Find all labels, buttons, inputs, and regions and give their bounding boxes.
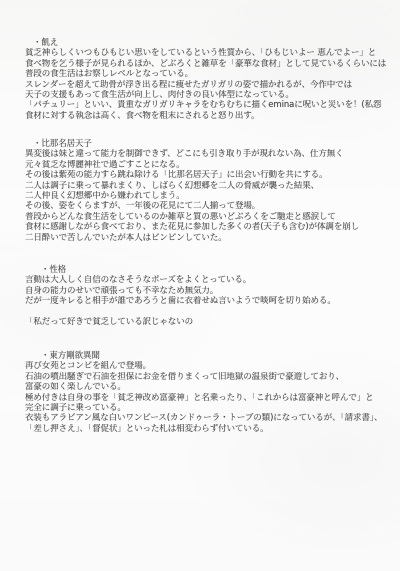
text-line: 再び女苑とコンビを組んで登場。 <box>25 361 382 371</box>
section-heading: ・東方剛欲異聞 <box>41 351 382 361</box>
section: ・比那名居天子異変後は妹と違って能力を制御できず、どこにも引き取り手が現れない為… <box>25 139 359 243</box>
text-line: 完全に調子に乗っている。 <box>25 403 382 413</box>
text-line: 普段の食生活はお察しレベルとなっている。 <box>25 69 386 79</box>
text-line: 「パチュリー」といい、貴重なガリガリキャラをむちむちに描くeminaに呪いと災い… <box>25 100 386 110</box>
section-heading: ・性格 <box>41 265 336 275</box>
text-line: 食材に感謝しながら食べており、また花見に参加した多くの者(天子も含む)が体調を崩… <box>25 222 359 232</box>
section-heading: ・飢え <box>33 38 386 48</box>
text-line: 普段からどんな食生活をしているのか雑草と質の悪いどぶろくをご馳走と感涙して <box>25 212 359 222</box>
text-line: 元々貧乏な博麗神社で過ごすことになる。 <box>25 160 359 170</box>
text-line: 自身の能力のせいで頑張っても不幸なため無気力。 <box>25 286 336 296</box>
text-line: スレンダーを超えて助骨が浮き出る程に痩せたガリガリの姿で描かれるが、今作中では <box>25 80 386 90</box>
text-line: 天子の支援もあって食生活が向上し、肉付きの良い体型になっている。 <box>25 90 386 100</box>
section: ・性格言動は大人しく自信のなさそうなポーズをよくとっている。自身の能力のせいで頑… <box>25 265 336 327</box>
text-line: その後は紫苑の能力すら跳ね除ける「比那名居天子」に出会い行動を共にする。 <box>25 170 359 180</box>
text-line: 二日酔いで苦しんでいたが本人はピンピンしていた。 <box>25 233 359 243</box>
text-line: 言動は大人しく自信のなさそうなポーズをよくとっている。 <box>25 275 336 285</box>
text-line: 「私だって好きで貧乏している訳じゃないの <box>25 317 336 327</box>
text-line: 石油の噴出騒ぎで石油を担保にお金を借りまくって旧地獄の温泉街で豪遊しており、 <box>25 372 382 382</box>
text-line: 食べ物を乞う様子が見られるほか、どぶろくと雑草を「豪華な食材」として見ているくら… <box>25 59 386 69</box>
text-line: 「差し押さえ」、「督促状」といった札は相変わらず付いている。 <box>25 424 382 434</box>
text-line: 貧乏神らしくいつもひもじい思いをしているという性質から、「ひもじいよー 恵んでよ… <box>25 48 386 58</box>
section: ・東方剛欲異聞再び女苑とコンビを組んで登場。石油の噴出騒ぎで石油を担保にお金を借… <box>25 351 382 434</box>
text-line: 食材に対する執念は高く、食べ物を粗末にされると怒り出す。 <box>25 111 386 121</box>
section: ・飢え貧乏神らしくいつもひもじい思いをしているという性質から、「ひもじいよー 恵… <box>25 38 386 121</box>
text-line: だが一度キレると相手が誰であろうと歯に衣着せぬ言いようで啖呵を切り始める。 <box>25 296 336 306</box>
text-line: その後、姿をくらますが、一年後の花見にて二人揃って登場。 <box>25 201 359 211</box>
text-line: 富豪の如く楽しんでいる。 <box>25 382 382 392</box>
text-line <box>25 307 336 317</box>
text-line: 異変後は妹と違って能力を制御できず、どこにも引き取り手が現れない為、仕方無く <box>25 149 359 159</box>
text-line: 二人仲良く幻想郷中から嫌われてしまう。 <box>25 191 359 201</box>
text-line: 極め付きは自身の事を「貧乏神改め富豪神」と名乗ったり、「これからは富豪神と呼んで… <box>25 393 382 403</box>
text-line: 衣装もアラビアン風な白いワンピース(カンドゥーラ・トーブの類)になっているが、「… <box>25 413 382 423</box>
text-line: 二人は調子に乗って暴れまくり、しばらく幻想郷を二人の脅威が襲った結果、 <box>25 181 359 191</box>
section-heading: ・比那名居天子 <box>33 139 359 149</box>
